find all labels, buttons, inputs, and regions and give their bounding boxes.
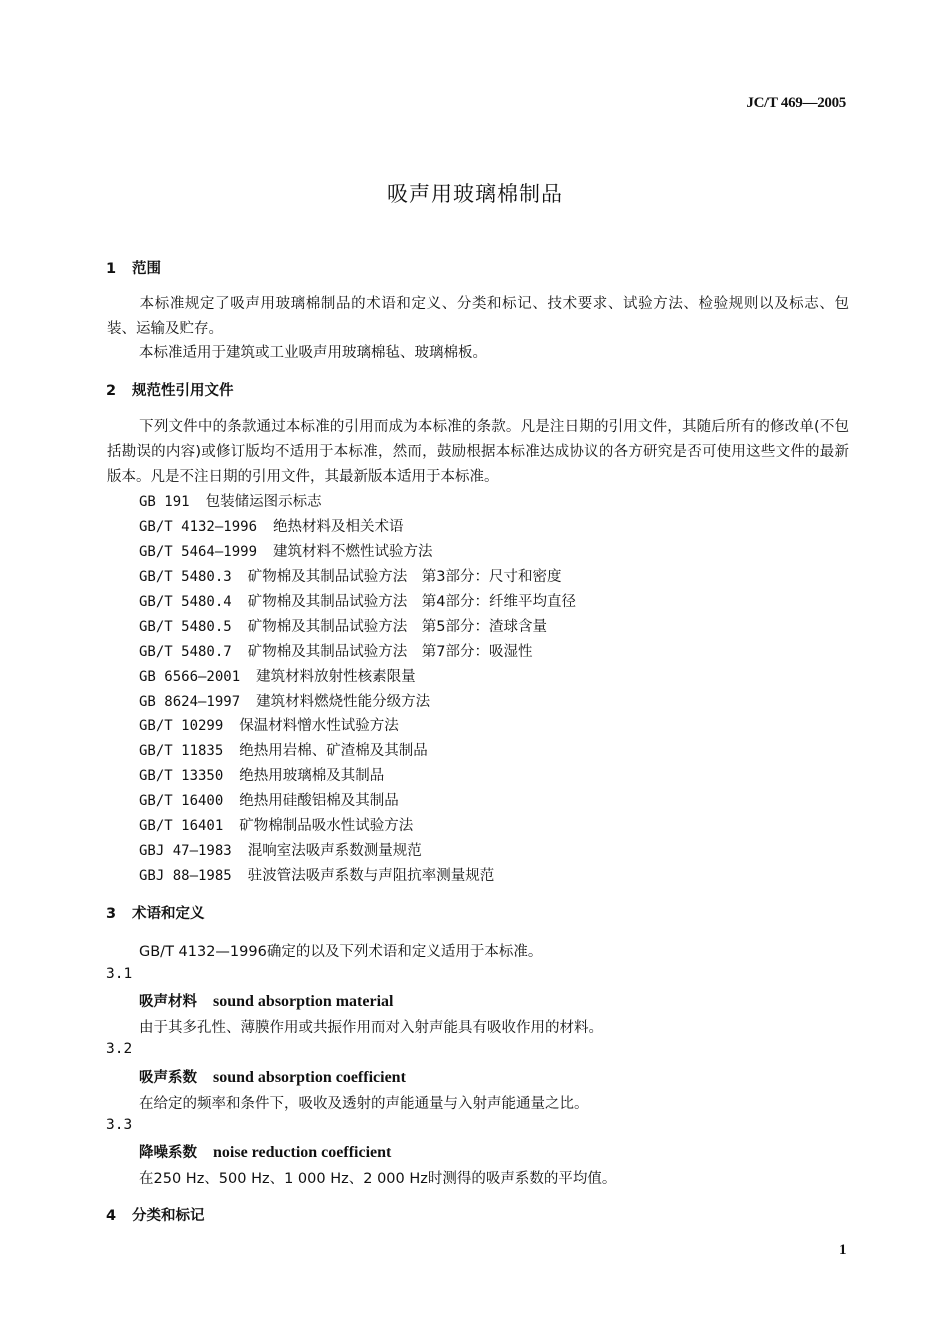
section-number: 2 xyxy=(106,383,132,399)
section-1-paragraph-2: 本标准适用于建筑或工业吸声用玻璃棉毡、玻璃棉板。 xyxy=(107,341,849,366)
term-definition: 在250 Hz、500 Hz、1 000 Hz、2 000 Hz时测得的吸声系数… xyxy=(139,1167,616,1188)
section-2-heading: 2规范性引用文件 xyxy=(106,379,234,400)
reference-item: GB/T 5480.5矿物棉及其制品试验方法 第5部分：渣球含量 xyxy=(139,615,547,636)
section-title: 分类和标记 xyxy=(132,1208,205,1224)
section-title: 术语和定义 xyxy=(132,906,205,922)
section-number: 3 xyxy=(106,906,132,922)
standard-code: JC/T 469—2005 xyxy=(746,95,846,112)
term-number: 3.1 xyxy=(106,966,132,982)
section-number: 1 xyxy=(106,261,132,277)
term-number: 3.2 xyxy=(106,1041,132,1057)
section-title: 规范性引用文件 xyxy=(132,383,234,399)
reference-item: GB/T 5480.3矿物棉及其制品试验方法 第3部分：尺寸和密度 xyxy=(139,565,561,586)
reference-item: GB/T 10299保温材料憎水性试验方法 xyxy=(139,714,399,735)
page-number: 1 xyxy=(839,1242,847,1259)
reference-item: GB/T 5480.4矿物棉及其制品试验方法 第4部分：纤维平均直径 xyxy=(139,590,576,611)
reference-item: GB/T 16401矿物棉制品吸水性试验方法 xyxy=(139,814,413,835)
reference-item: GB/T 13350绝热用玻璃棉及其制品 xyxy=(139,764,384,785)
reference-item: GBJ 47—1983混响室法吸声系数测量规范 xyxy=(139,839,422,860)
section-title: 范围 xyxy=(132,261,161,277)
reference-item: GB 8624—1997建筑材料燃烧性能分级方法 xyxy=(139,690,430,711)
term-definition: 在给定的频率和条件下，吸收及透射的声能通量与入射声能通量之比。 xyxy=(139,1092,589,1113)
term-number: 3.3 xyxy=(106,1117,132,1133)
term-heading: 吸声材料sound absorption material xyxy=(139,990,393,1011)
reference-item: GBJ 88—1985驻波管法吸声系数与声阻抗率测量规范 xyxy=(139,864,494,885)
section-3-heading: 3术语和定义 xyxy=(106,902,205,923)
section-3-intro: GB/T 4132—1996确定的以及下列术语和定义适用于本标准。 xyxy=(139,940,542,961)
term-definition: 由于其多孔性、薄膜作用或共振作用而对入射声能具有吸收作用的材料。 xyxy=(139,1016,603,1037)
section-1-heading: 1范围 xyxy=(106,257,161,278)
page-title: 吸声用玻璃棉制品 xyxy=(0,178,950,208)
section-1-paragraph-1: 本标准规定了吸声用玻璃棉制品的术语和定义、分类和标记、技术要求、试验方法、检验规… xyxy=(107,292,849,342)
reference-item: GB/T 4132—1996绝热材料及相关术语 xyxy=(139,515,404,536)
reference-item: GB/T 16400绝热用硅酸铝棉及其制品 xyxy=(139,789,399,810)
section-number: 4 xyxy=(106,1208,132,1224)
reference-item: GB 191包装储运图示标志 xyxy=(139,490,322,511)
term-heading: 降噪系数noise reduction coefficient xyxy=(139,1141,391,1162)
reference-item: GB 6566—2001建筑材料放射性核素限量 xyxy=(139,665,416,686)
section-4-heading: 4分类和标记 xyxy=(106,1204,205,1225)
term-heading: 吸声系数sound absorption coefficient xyxy=(139,1066,406,1087)
reference-item: GB/T 11835绝热用岩棉、矿渣棉及其制品 xyxy=(139,739,428,760)
section-2-paragraph: 下列文件中的条款通过本标准的引用而成为本标准的条款。凡是注日期的引用文件，其随后… xyxy=(107,415,849,490)
reference-item: GB/T 5464—1999建筑材料不燃性试验方法 xyxy=(139,540,433,561)
reference-item: GB/T 5480.7矿物棉及其制品试验方法 第7部分：吸湿性 xyxy=(139,640,532,661)
